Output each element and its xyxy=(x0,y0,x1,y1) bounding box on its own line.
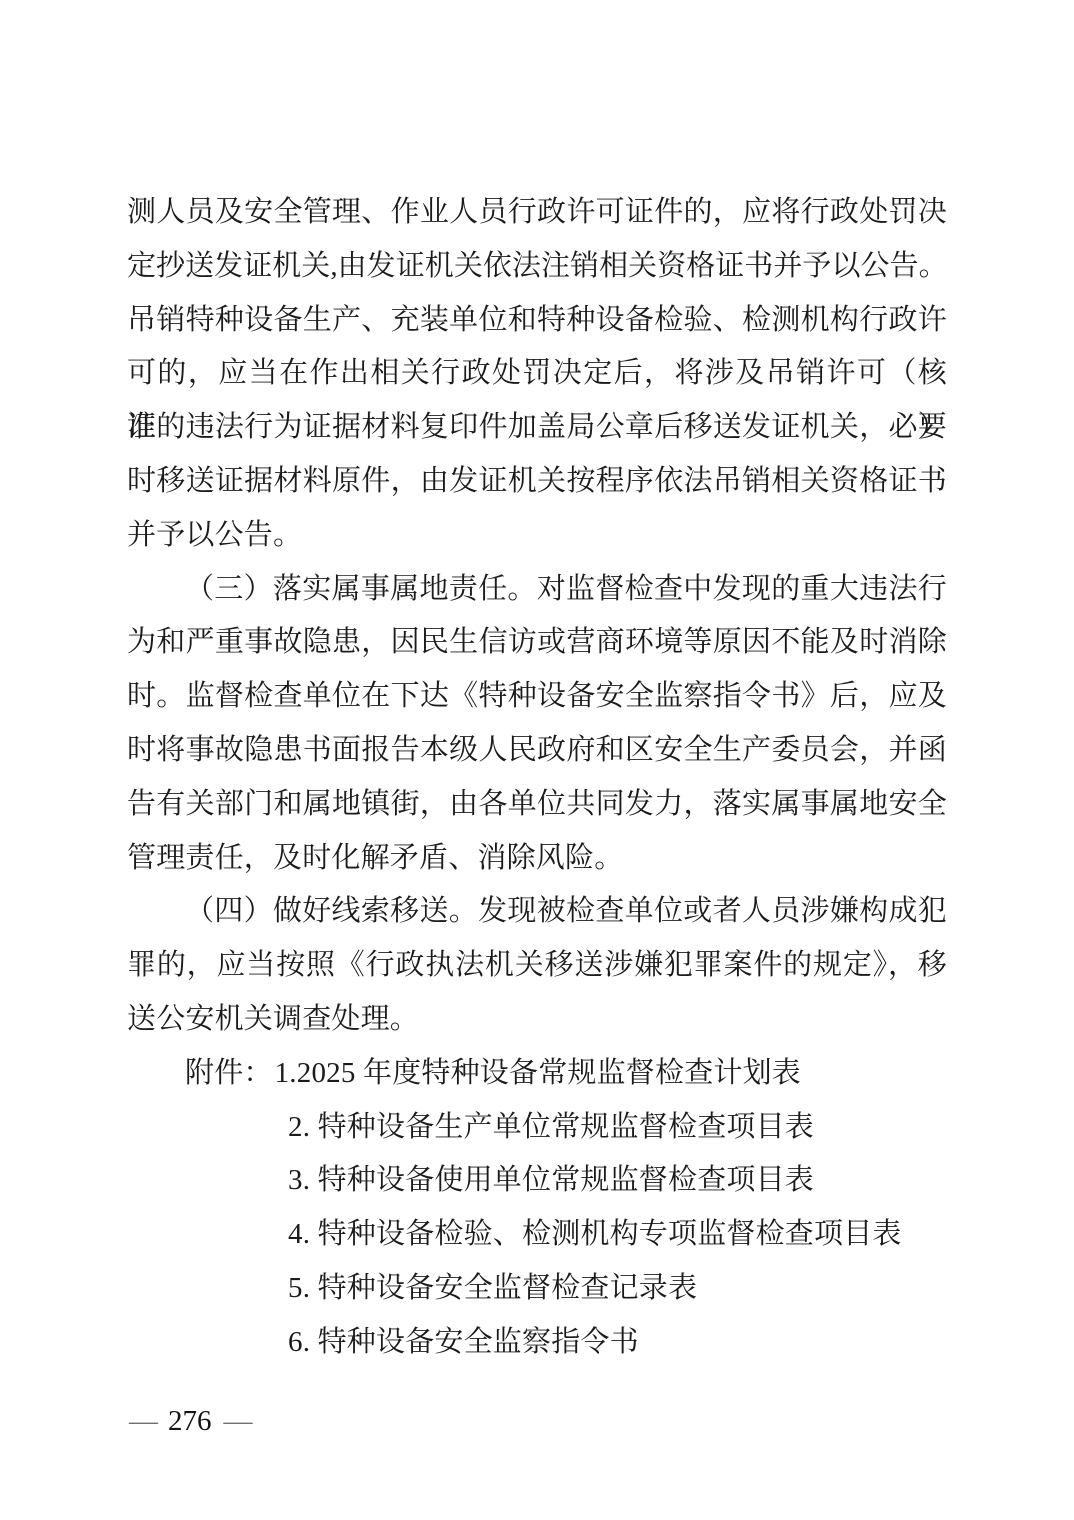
attachment-item: 1.2025 年度特种设备常规监督检查计划表 xyxy=(275,1057,801,1089)
text-line: （三）落实属事属地责任。对监督检查中发现的重大违法行 xyxy=(127,563,947,617)
footer-right-dash: — xyxy=(224,1405,251,1437)
attachment-item: 4. 特种设备检验、检测机构专项监督检查项目表 xyxy=(127,1208,947,1262)
text-line: 时将事故隐患书面报告本级人民政府和区安全生产委员会，并函 xyxy=(127,724,947,778)
page-footer: —276— xyxy=(129,1404,251,1438)
text-line: 罪的，应当按照《行政执法机关移送涉嫌犯罪案件的规定》，移 xyxy=(127,939,947,993)
text-line: 告有关部门和属地镇街，由各单位共同发力，落实属事属地安全 xyxy=(127,778,947,832)
attachments-label: 附件： xyxy=(185,1057,273,1089)
text-body: 测人员及安全管理、作业人员行政许可证件的，应将行政处罚决定抄送发证机关,由发证机… xyxy=(127,186,947,1370)
text-line: 时。监督检查单位在下达《特种设备安全监察指令书》后，应及 xyxy=(127,670,947,724)
attachments-list: 附件：1.2025 年度特种设备常规监督检查计划表2. 特种设备生产单位常规监督… xyxy=(127,1047,947,1370)
text-line: 时移送证据材料原件，由发证机关按程序依法吊销相关资格证书 xyxy=(127,455,947,509)
text-line: 为和严重事故隐患，因民生信访或营商环境等原因不能及时消除 xyxy=(127,616,947,670)
text-line: 定抄送发证机关,由发证机关依法注销相关资格证书并予以公告。 xyxy=(127,240,947,294)
text-line: 管理责任，及时化解矛盾、消除风险。 xyxy=(127,832,947,886)
document-page: { "page": { "background": "#ffffff", "te… xyxy=(0,0,1074,1520)
attachment-item: 5. 特种设备安全监督检查记录表 xyxy=(127,1262,947,1316)
text-line: 并予以公告。 xyxy=(127,509,947,563)
text-line: 测人员及安全管理、作业人员行政许可证件的，应将行政处罚决 xyxy=(127,186,947,240)
text-line: （四）做好线索移送。发现被检查单位或者人员涉嫌构成犯 xyxy=(127,885,947,939)
text-line: 证的违法行为证据材料复印件加盖局公章后移送发证机关，必要 xyxy=(127,401,947,455)
attachment-item: 6. 特种设备安全监察指令书 xyxy=(127,1316,947,1370)
attachment-item: 3. 特种设备使用单位常规监督检查项目表 xyxy=(127,1154,947,1208)
attachments-label-line: 附件：1.2025 年度特种设备常规监督检查计划表 xyxy=(127,1047,947,1101)
footer-left-dash: — xyxy=(129,1405,156,1437)
paragraph: （四）做好线索移送。发现被检查单位或者人员涉嫌构成犯罪的，应当按照《行政执法机关… xyxy=(127,885,947,1046)
paragraph: （三）落实属事属地责任。对监督检查中发现的重大违法行为和严重事故隐患，因民生信访… xyxy=(127,563,947,886)
paragraph: 测人员及安全管理、作业人员行政许可证件的，应将行政处罚决定抄送发证机关,由发证机… xyxy=(127,186,947,563)
text-line: 吊销特种设备生产、充装单位和特种设备检验、检测机构行政许 xyxy=(127,294,947,348)
text-line: 可的，应当在作出相关行政处罚决定后，将涉及吊销许可（核准） xyxy=(127,347,947,401)
text-line: 送公安机关调查处理。 xyxy=(127,993,947,1047)
attachment-item: 2. 特种设备生产单位常规监督检查项目表 xyxy=(127,1101,947,1155)
page-number: 276 xyxy=(168,1405,212,1437)
